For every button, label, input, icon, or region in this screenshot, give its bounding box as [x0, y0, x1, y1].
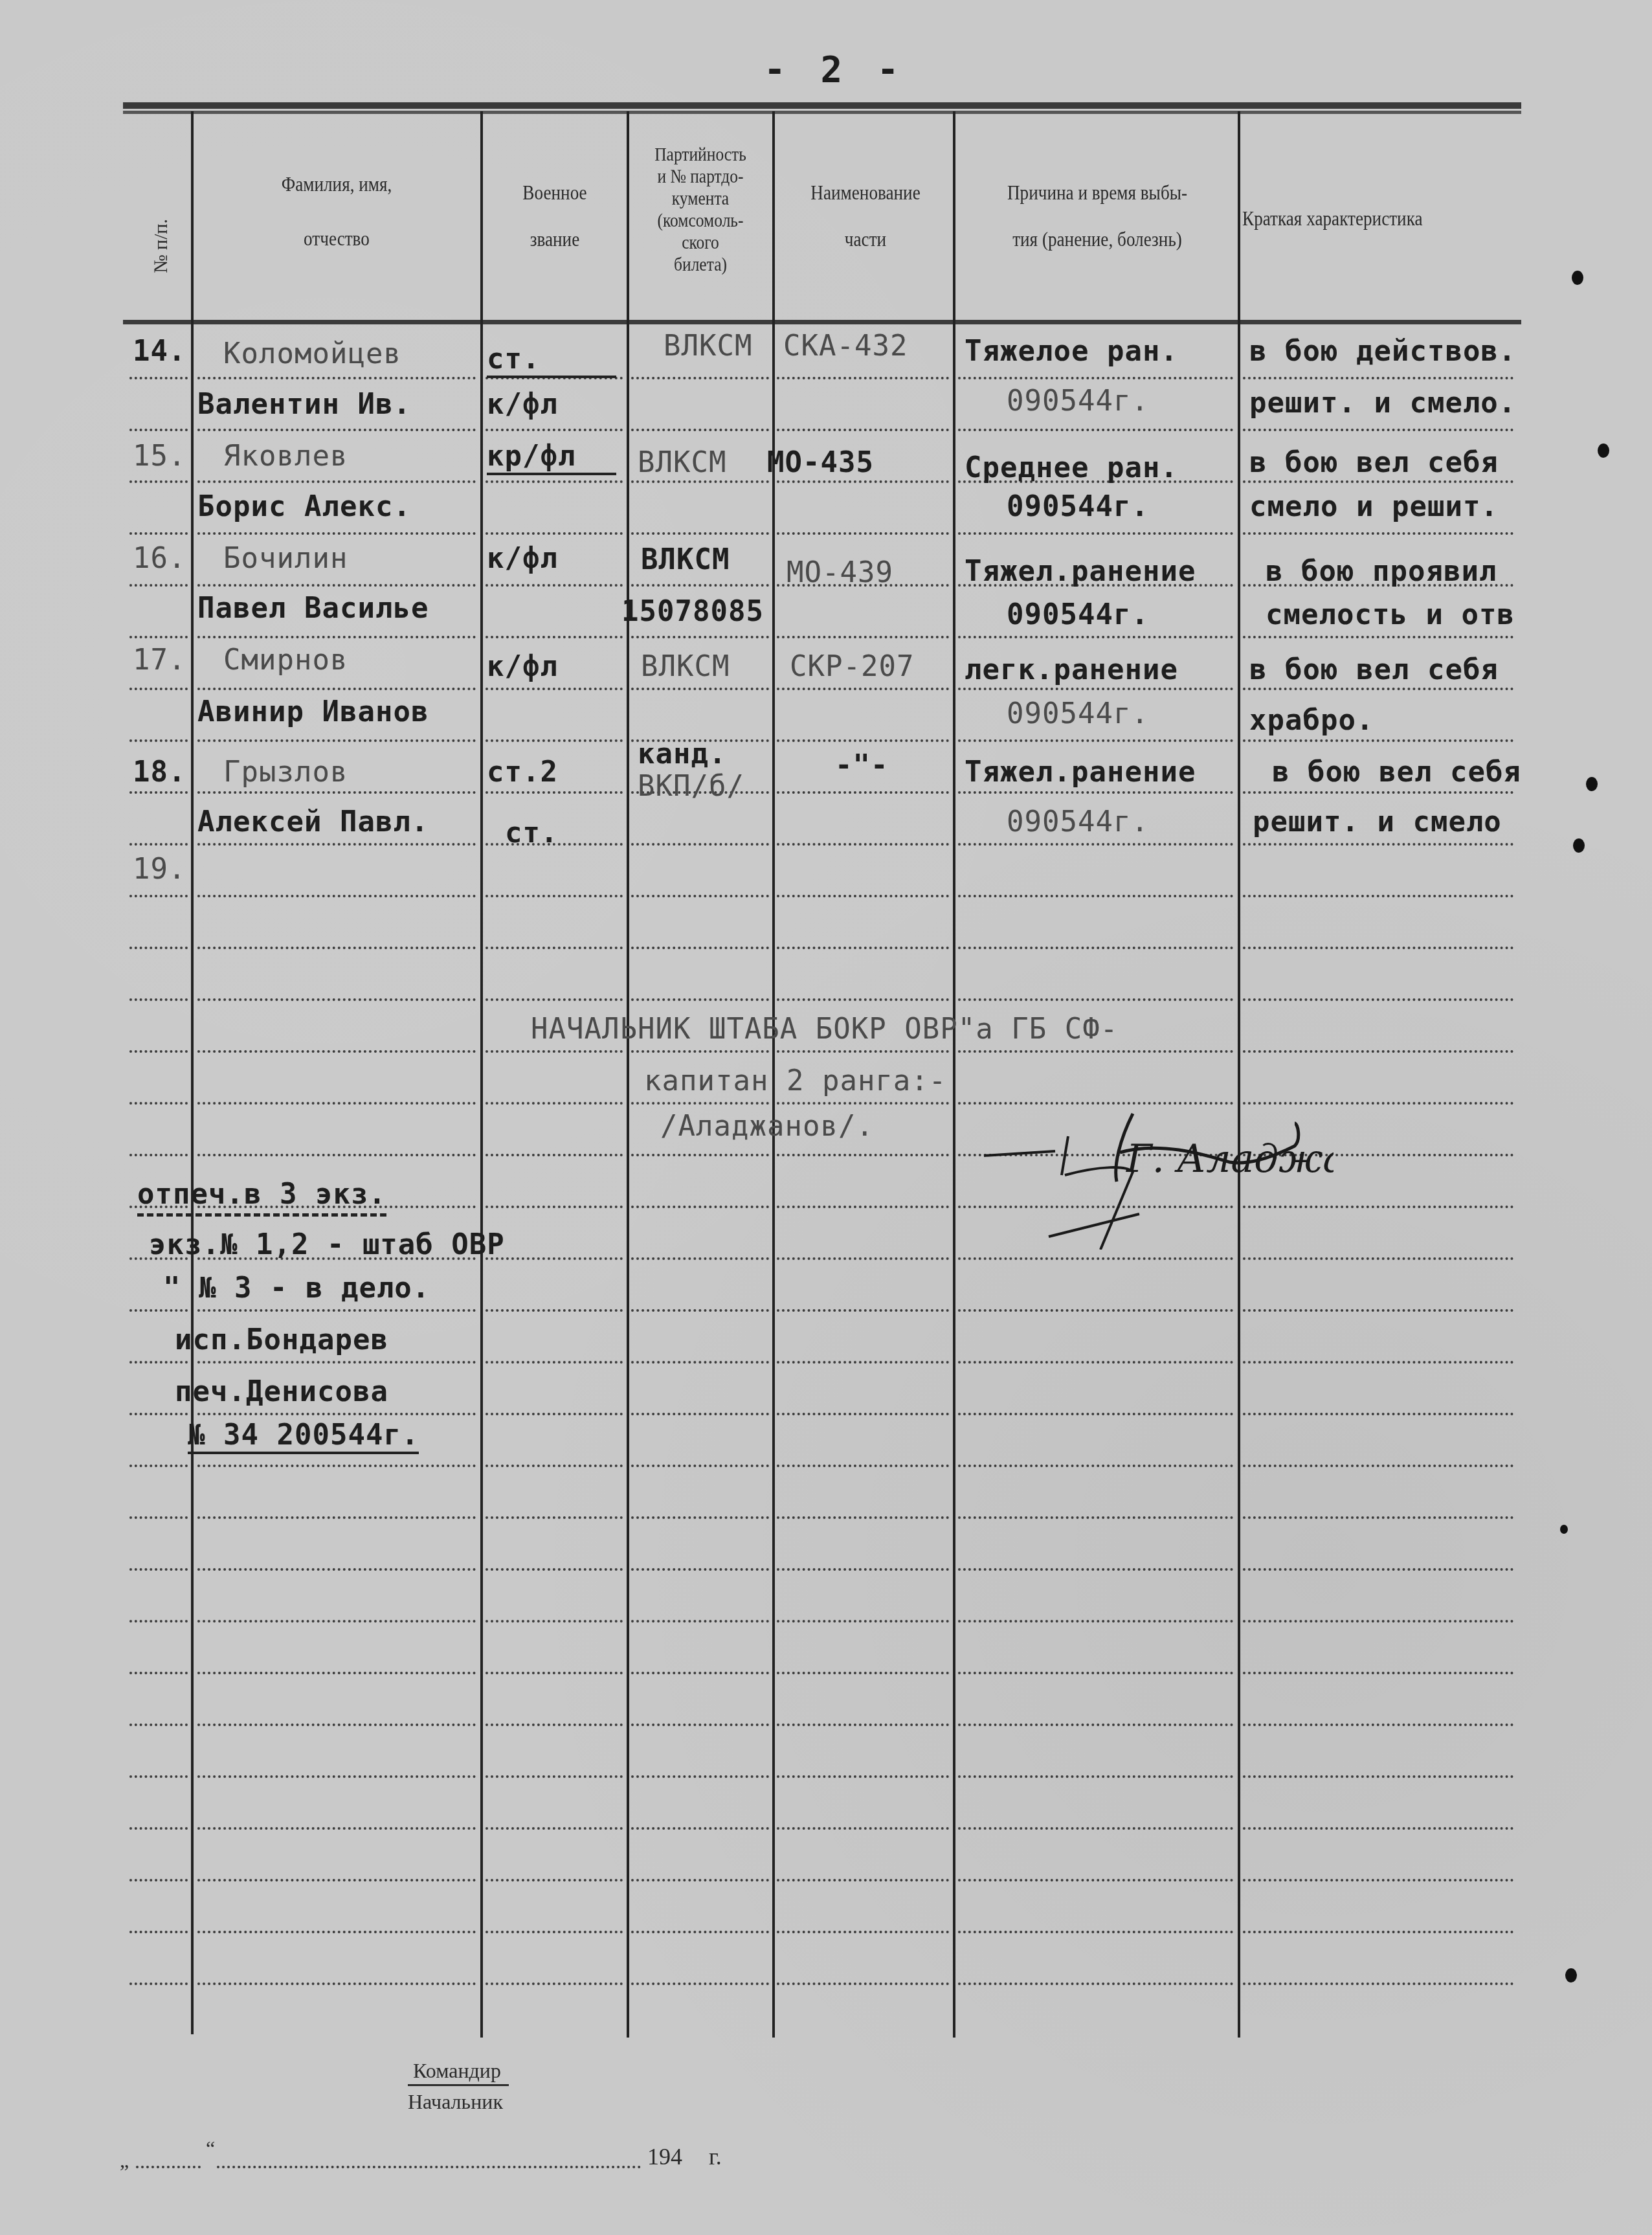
row-14-date: 090544г.	[1007, 385, 1149, 418]
ruled-row-line	[1243, 1672, 1513, 1674]
ruled-row-line	[486, 895, 623, 897]
ruled-row-line	[129, 1050, 188, 1053]
ruled-row-line	[777, 688, 949, 690]
ruled-row-line	[958, 532, 1233, 535]
ruled-row-line	[631, 688, 769, 690]
ruled-row-line	[129, 584, 188, 587]
ruled-row-line	[958, 1879, 1233, 1881]
ruled-row-line	[197, 1827, 476, 1830]
ruled-row-line	[197, 1931, 476, 1933]
ruled-row-line	[129, 998, 188, 1001]
distribution-line4: исп.Бондарев	[175, 1324, 388, 1356]
row-18-characteristic-2: решит. и смело	[1253, 806, 1502, 838]
ruled-row-line	[129, 739, 188, 742]
row-15-unit: МО-435	[767, 447, 874, 479]
row-18-unit: -"-	[835, 750, 888, 782]
ruled-row-line	[197, 1413, 476, 1415]
column-divider	[480, 111, 483, 2038]
header-party-line: (комсомоль-	[636, 210, 764, 232]
ruled-row-line	[129, 1724, 188, 1726]
footer-month-line	[217, 2166, 641, 2168]
ruled-row-line	[631, 1827, 769, 1830]
row-14-characteristic-2: решит. и смело.	[1249, 387, 1516, 420]
ruled-row-line	[631, 584, 769, 587]
punch-hole-mark	[1565, 1968, 1577, 1982]
column-divider	[953, 111, 955, 2038]
ruled-row-line	[129, 636, 188, 638]
ruled-row-line	[1243, 377, 1513, 379]
header-reason: Причина и время выбы- тия (ранение, боле…	[963, 180, 1233, 251]
ruled-row-line	[486, 1827, 623, 1830]
ruled-row-line	[958, 1361, 1233, 1364]
ruled-row-line	[129, 1620, 188, 1623]
ruled-row-line	[197, 636, 476, 638]
ruled-row-line	[958, 947, 1233, 949]
ruled-row-line	[1243, 739, 1513, 742]
distribution-line2: экз.№ 1,2 - штаб ОВР	[149, 1229, 505, 1261]
distribution-line1: отпеч.в 3 экз.	[137, 1178, 386, 1217]
header-unit-line1: Наименование	[786, 180, 946, 205]
ruled-row-line	[631, 429, 769, 431]
ruled-row-line	[777, 1620, 949, 1623]
ruled-row-line	[1243, 1982, 1513, 1985]
svg-text:Г. Аладжанов: Г. Аладжанов	[1126, 1136, 1334, 1182]
ruled-row-line	[129, 1672, 188, 1674]
ruled-row-line	[486, 532, 623, 535]
ruled-row-line	[1243, 895, 1513, 897]
ruled-row-line	[958, 1413, 1233, 1415]
row-17-characteristic-1: в бою вел себя	[1249, 654, 1499, 686]
ruled-row-line	[1243, 688, 1513, 690]
row-18-rank-2: ст.	[505, 817, 558, 849]
ruled-row-line	[631, 1620, 769, 1623]
ruled-row-line	[197, 532, 476, 535]
ruled-row-line	[197, 1361, 476, 1364]
row-16-num: 16.	[133, 543, 186, 575]
header-name: Фамилия, имя, отчество	[216, 172, 458, 251]
ruled-row-line	[129, 1309, 188, 1312]
row-15-reason: Среднее ран.	[965, 452, 1178, 484]
footer-chief-label: Начальник	[408, 2090, 503, 2114]
ruled-row-line	[486, 1257, 623, 1260]
ruled-row-line	[1243, 1465, 1513, 1467]
row-16-surname: Бочилин	[223, 543, 348, 575]
ruled-row-line	[631, 1724, 769, 1726]
row-18-num: 18.	[133, 756, 186, 789]
ruled-row-line	[1243, 1879, 1513, 1881]
ruled-row-line	[129, 1879, 188, 1881]
ruled-row-line	[486, 1413, 623, 1415]
ruled-row-line	[777, 1672, 949, 1674]
row-17-unit: СКР-207	[790, 651, 914, 683]
header-reason-line1: Причина и время выбы-	[963, 180, 1233, 205]
ruled-row-line	[1243, 1568, 1513, 1571]
ruled-row-line	[486, 1361, 623, 1364]
column-divider	[191, 111, 194, 2034]
ruled-row-line	[129, 1827, 188, 1830]
row-15-characteristic-2: смело и решит.	[1249, 491, 1499, 523]
ruled-row-line	[129, 429, 188, 431]
ruled-row-line	[777, 1361, 949, 1364]
header-party-line: билета)	[636, 254, 764, 276]
ruled-row-line	[958, 688, 1233, 690]
ruled-row-line	[958, 636, 1233, 638]
row-16-party: ВЛКСМ	[641, 544, 730, 576]
ruled-row-line	[1243, 1620, 1513, 1623]
ruled-row-line	[958, 1672, 1233, 1674]
ruled-row-line	[486, 1982, 623, 1985]
ruled-row-line	[958, 1931, 1233, 1933]
row-17-party: ВЛКСМ	[641, 651, 730, 683]
ruled-row-line	[631, 377, 769, 379]
table-top-rule	[123, 102, 1521, 111]
row-14-num: 14.	[133, 335, 186, 368]
ruled-row-line	[1243, 1931, 1513, 1933]
header-party-line: Партийность	[636, 144, 764, 166]
page-number: - 2 -	[764, 49, 906, 91]
ruled-row-line	[631, 1050, 769, 1053]
row-14-rank-2: к/фл	[487, 388, 558, 421]
ruled-row-line	[1243, 791, 1513, 794]
ruled-row-line	[197, 1568, 476, 1571]
ruled-row-line	[958, 1257, 1233, 1260]
row-14-characteristic-1: в бою действов.	[1249, 335, 1516, 368]
ruled-row-line	[1243, 1724, 1513, 1726]
ruled-row-line	[197, 791, 476, 794]
row-15-num: 15.	[133, 440, 186, 473]
ruled-row-line	[1243, 843, 1513, 846]
row-15-surname: Яковлев	[223, 440, 348, 473]
ruled-row-line	[197, 739, 476, 742]
ruled-row-line	[197, 1982, 476, 1985]
ruled-row-line	[129, 688, 188, 690]
ruled-row-line	[631, 1361, 769, 1364]
ruled-row-line	[197, 1775, 476, 1778]
ruled-row-line	[631, 1516, 769, 1519]
row-15-party: ВЛКСМ	[638, 447, 726, 479]
ruled-row-line	[958, 1309, 1233, 1312]
ruled-row-line	[1243, 1257, 1513, 1260]
ruled-row-line	[129, 791, 188, 794]
column-divider	[1238, 111, 1240, 2038]
ruled-row-line	[129, 480, 188, 483]
row-16-rank: к/фл	[487, 543, 558, 575]
punch-hole-mark	[1598, 444, 1609, 458]
row-14-party: ВЛКСМ	[664, 330, 752, 363]
header-name-line1: Фамилия, имя,	[216, 172, 458, 196]
ruled-row-line	[486, 480, 623, 483]
row-17-rank: к/фл	[487, 651, 558, 683]
ruled-row-line	[486, 1568, 623, 1571]
ruled-row-line	[958, 791, 1233, 794]
ruled-row-line	[777, 1413, 949, 1415]
ruled-row-line	[1243, 532, 1513, 535]
ruled-row-line	[777, 1775, 949, 1778]
header-reason-line2: тия (ранение, болезнь)	[963, 227, 1233, 251]
ruled-row-line	[1243, 429, 1513, 431]
ruled-row-line	[777, 739, 949, 742]
ruled-row-line	[631, 1465, 769, 1467]
row-15-date: 090544г.	[1007, 491, 1149, 523]
row-18-party-2: ВКП/б/	[638, 770, 744, 803]
row-17-date: 090544г.	[1007, 698, 1149, 730]
ruled-row-line	[958, 1465, 1233, 1467]
ruled-row-line	[777, 1879, 949, 1881]
ruled-row-line	[197, 1879, 476, 1881]
ruled-row-line	[197, 998, 476, 1001]
ruled-row-line	[486, 1724, 623, 1726]
ruled-row-line	[777, 947, 949, 949]
ruled-row-line	[486, 429, 623, 431]
ruled-row-line	[777, 636, 949, 638]
ruled-row-line	[486, 1620, 623, 1623]
row-18-characteristic-1: в бою вел себя	[1272, 756, 1521, 789]
header-party: Партийность и № партдо- кумента (комсомо…	[636, 144, 764, 276]
ruled-row-line	[777, 1931, 949, 1933]
signature-title-line2: капитан 2 ранга:-	[644, 1065, 946, 1097]
ruled-row-line	[197, 1465, 476, 1467]
row-16-party-number: 15078085	[621, 596, 764, 628]
ruled-row-line	[958, 377, 1233, 379]
ruled-row-line	[777, 1724, 949, 1726]
ruled-row-line	[777, 480, 949, 483]
row-15-characteristic-1: в бою вел себя	[1249, 447, 1499, 479]
punch-hole-mark	[1572, 271, 1583, 285]
row-17-given-name: Авинир Иванов	[197, 696, 429, 728]
ruled-row-line	[1243, 480, 1513, 483]
footer-open-quote: „	[120, 2148, 129, 2172]
header-name-line2: отчество	[216, 226, 458, 251]
punch-hole-mark	[1560, 1525, 1568, 1534]
header-rank-line2: звание	[495, 227, 614, 251]
ruled-row-line	[486, 1102, 623, 1105]
ruled-row-line	[1243, 1516, 1513, 1519]
row-14-rank-1: ст.	[487, 343, 616, 378]
signature-title-line1: НАЧАЛЬНИК ШТАБА БОКР ОВР"а ГБ СФ-	[531, 1013, 1118, 1046]
ruled-row-line	[1243, 998, 1513, 1001]
row-18-date: 090544г.	[1007, 806, 1149, 838]
ruled-row-line	[486, 1050, 623, 1053]
header-party-line: ского	[636, 232, 764, 254]
ruled-row-line	[486, 1309, 623, 1312]
punch-hole-mark	[1573, 838, 1585, 853]
ruled-row-line	[631, 1931, 769, 1933]
ruled-row-line	[631, 480, 769, 483]
ruled-row-line	[631, 1309, 769, 1312]
ruled-row-line	[486, 791, 623, 794]
ruled-row-line	[486, 1672, 623, 1674]
row-16-reason: Тяжел.ранение	[965, 556, 1196, 588]
row-18-party-1: канд.	[638, 738, 726, 770]
ruled-row-line	[197, 688, 476, 690]
row-18-given-name: Алексей Павл.	[197, 806, 429, 838]
ruled-row-line	[486, 947, 623, 949]
row-17-num: 17.	[133, 644, 186, 677]
ruled-row-line	[631, 1672, 769, 1674]
ruled-row-line	[197, 584, 476, 587]
ruled-row-line	[1243, 1309, 1513, 1312]
row-14-unit: СКА-432	[783, 330, 908, 363]
ruled-row-line	[197, 843, 476, 846]
ruled-row-line	[197, 1620, 476, 1623]
ruled-row-line	[777, 1465, 949, 1467]
header-rank: Военное звание	[495, 180, 614, 251]
ruled-row-line	[486, 1516, 623, 1519]
ruled-row-line	[958, 739, 1233, 742]
ruled-row-line	[197, 1724, 476, 1726]
ruled-row-line	[1243, 1775, 1513, 1778]
ruled-row-line	[197, 480, 476, 483]
ruled-row-line	[197, 1516, 476, 1519]
row-14-given-name: Валентин Ив.	[197, 388, 411, 421]
row-14-surname: Коломойцев	[223, 338, 401, 370]
row-19-num: 19.	[133, 853, 186, 886]
footer-year-suffix: г.	[709, 2143, 722, 2170]
ruled-row-line	[1243, 1413, 1513, 1415]
ruled-row-line	[958, 1568, 1233, 1571]
ruled-row-line	[958, 1724, 1233, 1726]
ruled-row-line	[129, 377, 188, 379]
ruled-row-line	[958, 895, 1233, 897]
ruled-row-line	[129, 1775, 188, 1778]
ruled-row-line	[197, 1672, 476, 1674]
ruled-row-line	[197, 895, 476, 897]
ruled-row-line	[486, 998, 623, 1001]
ruled-row-line	[129, 1102, 188, 1105]
ruled-row-line	[197, 429, 476, 431]
ruled-row-line	[958, 429, 1233, 431]
ruled-row-line	[197, 1309, 476, 1312]
ruled-row-line	[777, 1102, 949, 1105]
ruled-row-line	[486, 1465, 623, 1467]
ruled-row-line	[486, 1154, 623, 1156]
ruled-row-line	[958, 1516, 1233, 1519]
row-17-surname: Смирнов	[223, 644, 348, 677]
ruled-row-line	[1243, 1827, 1513, 1830]
handwritten-signature: Г. Аладжанов	[971, 1101, 1334, 1250]
ruled-row-line	[631, 1879, 769, 1881]
ruled-row-line	[197, 1102, 476, 1105]
footer-close-quote: “	[206, 2137, 215, 2161]
table-header-rule	[123, 320, 1521, 324]
signature-name: /Аладжанов/.	[660, 1110, 874, 1143]
ruled-row-line	[958, 1827, 1233, 1830]
ruled-row-line	[631, 636, 769, 638]
ruled-row-line	[129, 1931, 188, 1933]
punch-hole-mark	[1586, 777, 1598, 791]
header-unit: Наименование части	[786, 180, 946, 251]
ruled-row-line	[1243, 1361, 1513, 1364]
ruled-row-line	[777, 377, 949, 379]
ruled-row-line	[129, 1413, 188, 1415]
ruled-row-line	[631, 1206, 769, 1208]
row-16-characteristic-1: в бою проявил	[1266, 556, 1497, 588]
ruled-row-line	[777, 1309, 949, 1312]
row-16-date: 090544г.	[1007, 599, 1149, 631]
row-15-given-name: Борис Алекс.	[197, 491, 411, 523]
ruled-row-line	[129, 1516, 188, 1519]
distribution-line5: печ.Денисова	[175, 1376, 388, 1408]
ruled-row-line	[777, 1154, 949, 1156]
ruled-row-line	[129, 1982, 188, 1985]
ruled-row-line	[958, 1982, 1233, 1985]
column-divider	[627, 111, 629, 2038]
ruled-row-line	[777, 895, 949, 897]
ruled-row-line	[631, 1413, 769, 1415]
ruled-row-line	[777, 1568, 949, 1571]
ruled-row-line	[631, 1982, 769, 1985]
ruled-row-line	[129, 1154, 188, 1156]
ruled-row-line	[486, 1775, 623, 1778]
ruled-row-line	[631, 1102, 769, 1105]
ruled-row-line	[486, 688, 623, 690]
row-14-reason: Тяжелое ран.	[965, 335, 1178, 368]
row-16-characteristic-2: смелость и отв	[1266, 599, 1515, 631]
ruled-row-line	[197, 1154, 476, 1156]
ruled-row-line	[631, 1568, 769, 1571]
ruled-row-line	[777, 998, 949, 1001]
ruled-row-line	[486, 584, 623, 587]
ruled-row-line	[777, 1050, 949, 1053]
footer-commander-label: Командир	[408, 2059, 509, 2086]
ruled-row-line	[631, 998, 769, 1001]
ruled-row-line	[631, 532, 769, 535]
row-17-characteristic-2: храбро.	[1249, 704, 1374, 737]
header-party-line: кумента	[636, 188, 764, 210]
header-characteristic: Краткая характеристика	[1242, 206, 1528, 230]
ruled-row-line	[486, 1879, 623, 1881]
ruled-row-line	[958, 998, 1233, 1001]
footer-year: 194	[647, 2143, 682, 2170]
ruled-row-line	[631, 1257, 769, 1260]
ruled-row-line	[777, 843, 949, 846]
ruled-row-line	[631, 1154, 769, 1156]
header-party-line: и № партдо-	[636, 166, 764, 188]
header-rank-line1: Военное	[495, 180, 614, 205]
ruled-row-line	[777, 1257, 949, 1260]
ruled-row-line	[1243, 1050, 1513, 1053]
ruled-row-line	[1243, 636, 1513, 638]
ruled-row-line	[486, 1206, 623, 1208]
row-18-reason: Тяжел.ранение	[965, 756, 1196, 789]
ruled-row-line	[777, 532, 949, 535]
ruled-row-line	[486, 636, 623, 638]
ruled-row-line	[197, 377, 476, 379]
row-17-reason: легк.ранение	[965, 654, 1178, 686]
ruled-row-line	[958, 1050, 1233, 1053]
ruled-row-line	[129, 532, 188, 535]
ruled-row-line	[486, 739, 623, 742]
ruled-row-line	[129, 1465, 188, 1467]
ruled-row-line	[129, 895, 188, 897]
ruled-row-line	[1243, 947, 1513, 949]
ruled-row-line	[197, 1050, 476, 1053]
ruled-row-line	[129, 1361, 188, 1364]
footer-day-line	[136, 2166, 201, 2168]
ruled-row-line	[777, 1982, 949, 1985]
row-16-unit: МО-439	[787, 557, 893, 589]
row-18-rank-1: ст.2	[487, 756, 558, 789]
ruled-row-line	[486, 1931, 623, 1933]
ruled-row-line	[777, 429, 949, 431]
ruled-row-line	[631, 843, 769, 846]
ruled-row-line	[631, 895, 769, 897]
ruled-row-line	[631, 947, 769, 949]
ruled-row-line	[129, 947, 188, 949]
ruled-row-line	[197, 947, 476, 949]
row-16-given-name: Павел Василье	[197, 592, 429, 625]
row-18-surname: Грызлов	[223, 756, 348, 789]
